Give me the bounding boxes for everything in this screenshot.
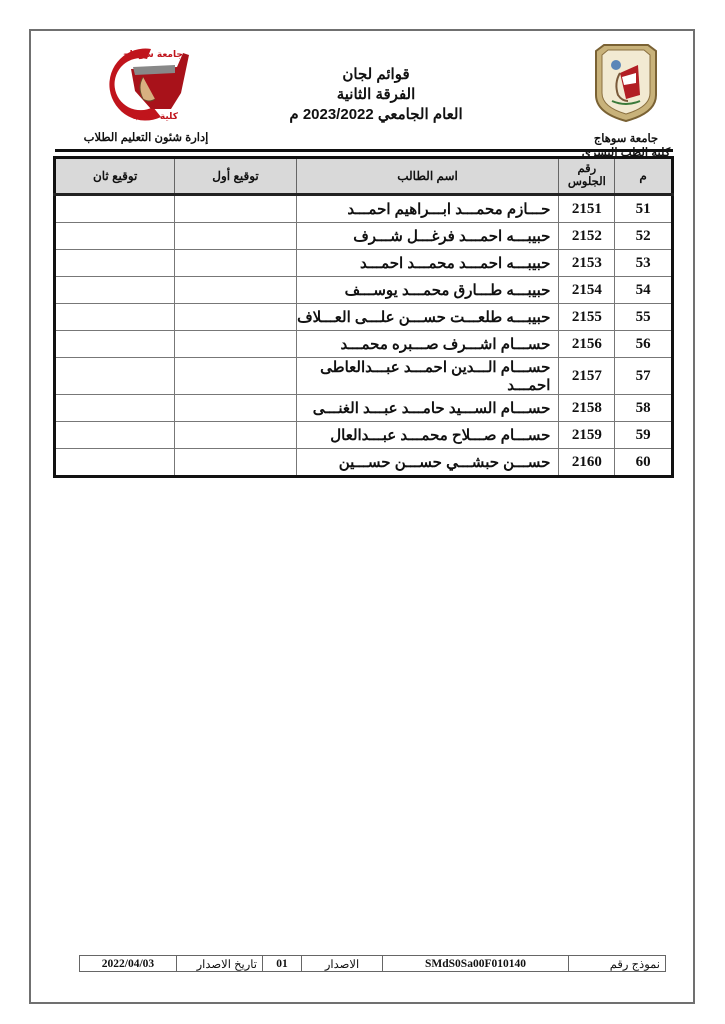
- row-number: 55: [615, 304, 673, 331]
- edition-value: 01: [263, 956, 302, 972]
- row-number: 53: [615, 250, 673, 277]
- signature-1-cell: [175, 358, 296, 395]
- row-number: 59: [615, 422, 673, 449]
- seat-number: 2157: [559, 358, 615, 395]
- signature-2-cell: [55, 449, 175, 477]
- row-number: 51: [615, 195, 673, 223]
- seat-number: 2153: [559, 250, 615, 277]
- signature-1-cell: [175, 277, 296, 304]
- document-title: قوائم لجان: [261, 65, 491, 85]
- signature-1-cell: [175, 331, 296, 358]
- table-row: 55 2155 حبيبـــه طلعـــت حســـن علـــى ا…: [55, 304, 673, 331]
- issue-date-label: تاريخ الاصدار: [177, 956, 263, 972]
- student-name: حـــازم محمـــد ابـــراهيم احمـــد: [296, 195, 559, 223]
- signature-1-cell: [175, 304, 296, 331]
- issue-date: 2022/04/03: [80, 956, 177, 972]
- signature-2-cell: [55, 195, 175, 223]
- document-title-block: قوائم لجان الفرقة الثانية العام الجامعي …: [261, 65, 491, 125]
- student-name: حســـن حبشـــي حســـن حســـين: [296, 449, 559, 477]
- table-row: 54 2154 حبيبـــه طـــارق محمـــد يوســـف: [55, 277, 673, 304]
- academic-year: العام الجامعي 2023/2022 م: [261, 105, 491, 125]
- signature-1-cell: [175, 250, 296, 277]
- row-number: 54: [615, 277, 673, 304]
- faculty-of-medicine-logo-icon: جامعة سوهاج كلية الطب: [91, 43, 201, 121]
- student-name: حســـام الـــدين احمـــد عبـــدالعاطى اح…: [296, 358, 559, 395]
- signature-2-cell: [55, 358, 175, 395]
- university-header: جامعة سوهاج كلية الطب البشرى: [571, 43, 681, 160]
- student-name: حبيبـــه طلعـــت حســـن علـــى العـــلاف: [296, 304, 559, 331]
- university-name: جامعة سوهاج: [571, 132, 681, 146]
- seat-number: 2155: [559, 304, 615, 331]
- table-row: 52 2152 حبيبـــه احمـــد فرغـــل شـــرف: [55, 223, 673, 250]
- row-number: 57: [615, 358, 673, 395]
- signature-2-cell: [55, 304, 175, 331]
- footer-row: نموذج رقم SMdS0Sa00F010140 الاصدار 01 تا…: [80, 956, 666, 972]
- form-number-label: نموذج رقم: [569, 956, 666, 972]
- table-row: 56 2156 حســـام اشـــرف صـــبره محمـــد: [55, 331, 673, 358]
- seat-number: 2154: [559, 277, 615, 304]
- signature-1-cell: [175, 395, 296, 422]
- table-row: 60 2160 حســـن حبشـــي حســـن حســـين: [55, 449, 673, 477]
- table-row: 59 2159 حســـام صـــلاح محمـــد عبـــدال…: [55, 422, 673, 449]
- department-name: إدارة شئون التعليم الطلاب: [71, 130, 221, 144]
- signature-1-cell: [175, 449, 296, 477]
- student-list-table: م رقم الجلوس اسم الطالب توقيع أول توقيع …: [53, 156, 674, 478]
- signature-2-cell: [55, 331, 175, 358]
- seat-number: 2151: [559, 195, 615, 223]
- signature-2-cell: [55, 422, 175, 449]
- svg-text:كلية الطب: كلية الطب: [132, 112, 179, 121]
- student-name: حبيبـــه احمـــد محمـــد احمـــد: [296, 250, 559, 277]
- column-header-sig2: توقيع ثان: [55, 158, 175, 195]
- seat-number: 2160: [559, 449, 615, 477]
- row-number: 60: [615, 449, 673, 477]
- seat-number: 2159: [559, 422, 615, 449]
- table-row: 53 2153 حبيبـــه احمـــد محمـــد احمـــد: [55, 250, 673, 277]
- student-name: حبيبـــه طـــارق محمـــد يوســـف: [296, 277, 559, 304]
- form-footer: نموذج رقم SMdS0Sa00F010140 الاصدار 01 تا…: [79, 955, 666, 972]
- table-row: 58 2158 حســـام الســـيد حامـــد عبـــد …: [55, 395, 673, 422]
- column-header-sig1: توقيع أول: [175, 158, 296, 195]
- seat-number: 2158: [559, 395, 615, 422]
- student-name: حبيبـــه احمـــد فرغـــل شـــرف: [296, 223, 559, 250]
- signature-2-cell: [55, 395, 175, 422]
- table-header-row: م رقم الجلوس اسم الطالب توقيع أول توقيع …: [55, 158, 673, 195]
- year-group: الفرقة الثانية: [261, 85, 491, 105]
- column-header-name: اسم الطالب: [296, 158, 559, 195]
- student-name: حســـام اشـــرف صـــبره محمـــد: [296, 331, 559, 358]
- form-number: SMdS0Sa00F010140: [383, 956, 569, 972]
- header-divider: [55, 149, 673, 152]
- row-number: 56: [615, 331, 673, 358]
- faculty-header: جامعة سوهاج كلية الطب إدارة شئون التعليم…: [71, 43, 221, 144]
- table-row: 57 2157 حســـام الـــدين احمـــد عبـــدا…: [55, 358, 673, 395]
- signature-2-cell: [55, 277, 175, 304]
- signature-1-cell: [175, 223, 296, 250]
- signature-1-cell: [175, 195, 296, 223]
- row-number: 58: [615, 395, 673, 422]
- edition-label: الاصدار: [302, 956, 383, 972]
- svg-text:جامعة سوهاج: جامعة سوهاج: [123, 50, 183, 60]
- signature-1-cell: [175, 422, 296, 449]
- table-row: 51 2151 حـــازم محمـــد ابـــراهيم احمــ…: [55, 195, 673, 223]
- signature-2-cell: [55, 223, 175, 250]
- row-number: 52: [615, 223, 673, 250]
- column-header-seat: رقم الجلوس: [559, 158, 615, 195]
- seat-number: 2152: [559, 223, 615, 250]
- column-header-num: م: [615, 158, 673, 195]
- signature-2-cell: [55, 250, 175, 277]
- sohag-university-seal-icon: [590, 43, 662, 123]
- document-page: جامعة سوهاج كلية الطب البشرى قوائم لجان …: [29, 29, 695, 1004]
- seat-number: 2156: [559, 331, 615, 358]
- student-name: حســـام الســـيد حامـــد عبـــد الغنـــى: [296, 395, 559, 422]
- student-name: حســـام صـــلاح محمـــد عبـــدالعال: [296, 422, 559, 449]
